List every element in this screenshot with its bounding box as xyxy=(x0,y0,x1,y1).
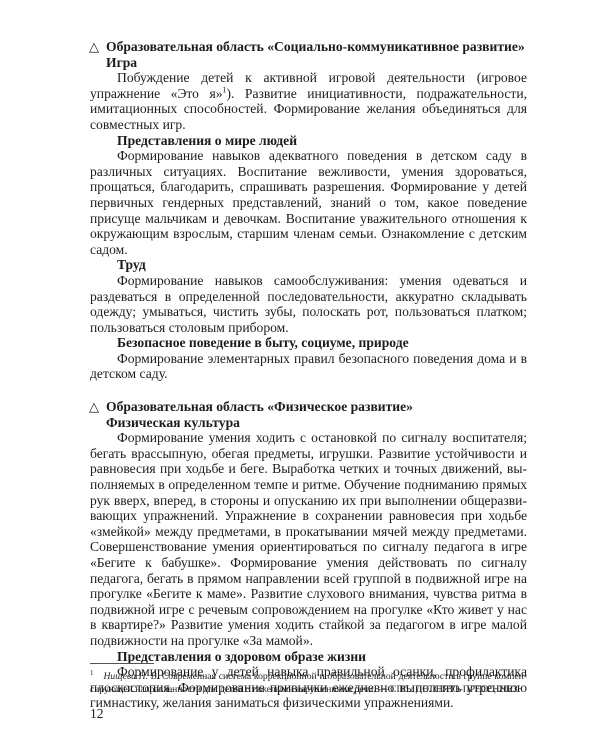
triangle-icon: △ xyxy=(89,39,99,55)
triangle-icon: △ xyxy=(89,399,99,415)
section-gap xyxy=(90,382,527,399)
subheading-safety: Безопасное поведение в быту, социуме, пр… xyxy=(117,335,527,351)
subheading-physical-culture: Физическая культура xyxy=(106,415,527,431)
subheading-healthy-lifestyle: Представления о здоровом образе жизни xyxy=(117,649,527,665)
section-heading-social: △ Образовательная область «Социально-ком… xyxy=(106,39,527,55)
section-heading-physical: △ Образовательная область «Физическое ра… xyxy=(106,399,527,415)
footnote-author: Нищева Н. В. xyxy=(104,671,160,682)
footnote-mark: 1 xyxy=(90,669,94,677)
subheading-labor: Труд xyxy=(117,257,527,273)
subheading-game: Игра xyxy=(106,55,527,71)
paragraph-labor: Формирование навыков самообслуживания: у… xyxy=(90,273,527,335)
page-body: △ Образовательная область «Социально-ком… xyxy=(90,39,527,711)
subheading-people: Представления о мире людей xyxy=(117,133,527,149)
paragraph-people: Формирование навыков адекватного поведен… xyxy=(90,148,527,257)
page-number: 12 xyxy=(90,706,104,722)
section-title: Образовательная область «Физическое разв… xyxy=(106,399,413,414)
paragraph-game: Побуждение детей к активной игровой деят… xyxy=(90,70,527,132)
footnote-divider xyxy=(90,663,154,664)
paragraph-physical-culture: Формирование умения ходить с остановкой … xyxy=(90,430,527,648)
paragraph-safety: Формирование элементарных правил безопас… xyxy=(90,351,527,382)
section-title: Образовательная область «Социально-комму… xyxy=(106,39,525,54)
footnote: 1Нищева Н. В. Современная система коррек… xyxy=(90,667,527,696)
